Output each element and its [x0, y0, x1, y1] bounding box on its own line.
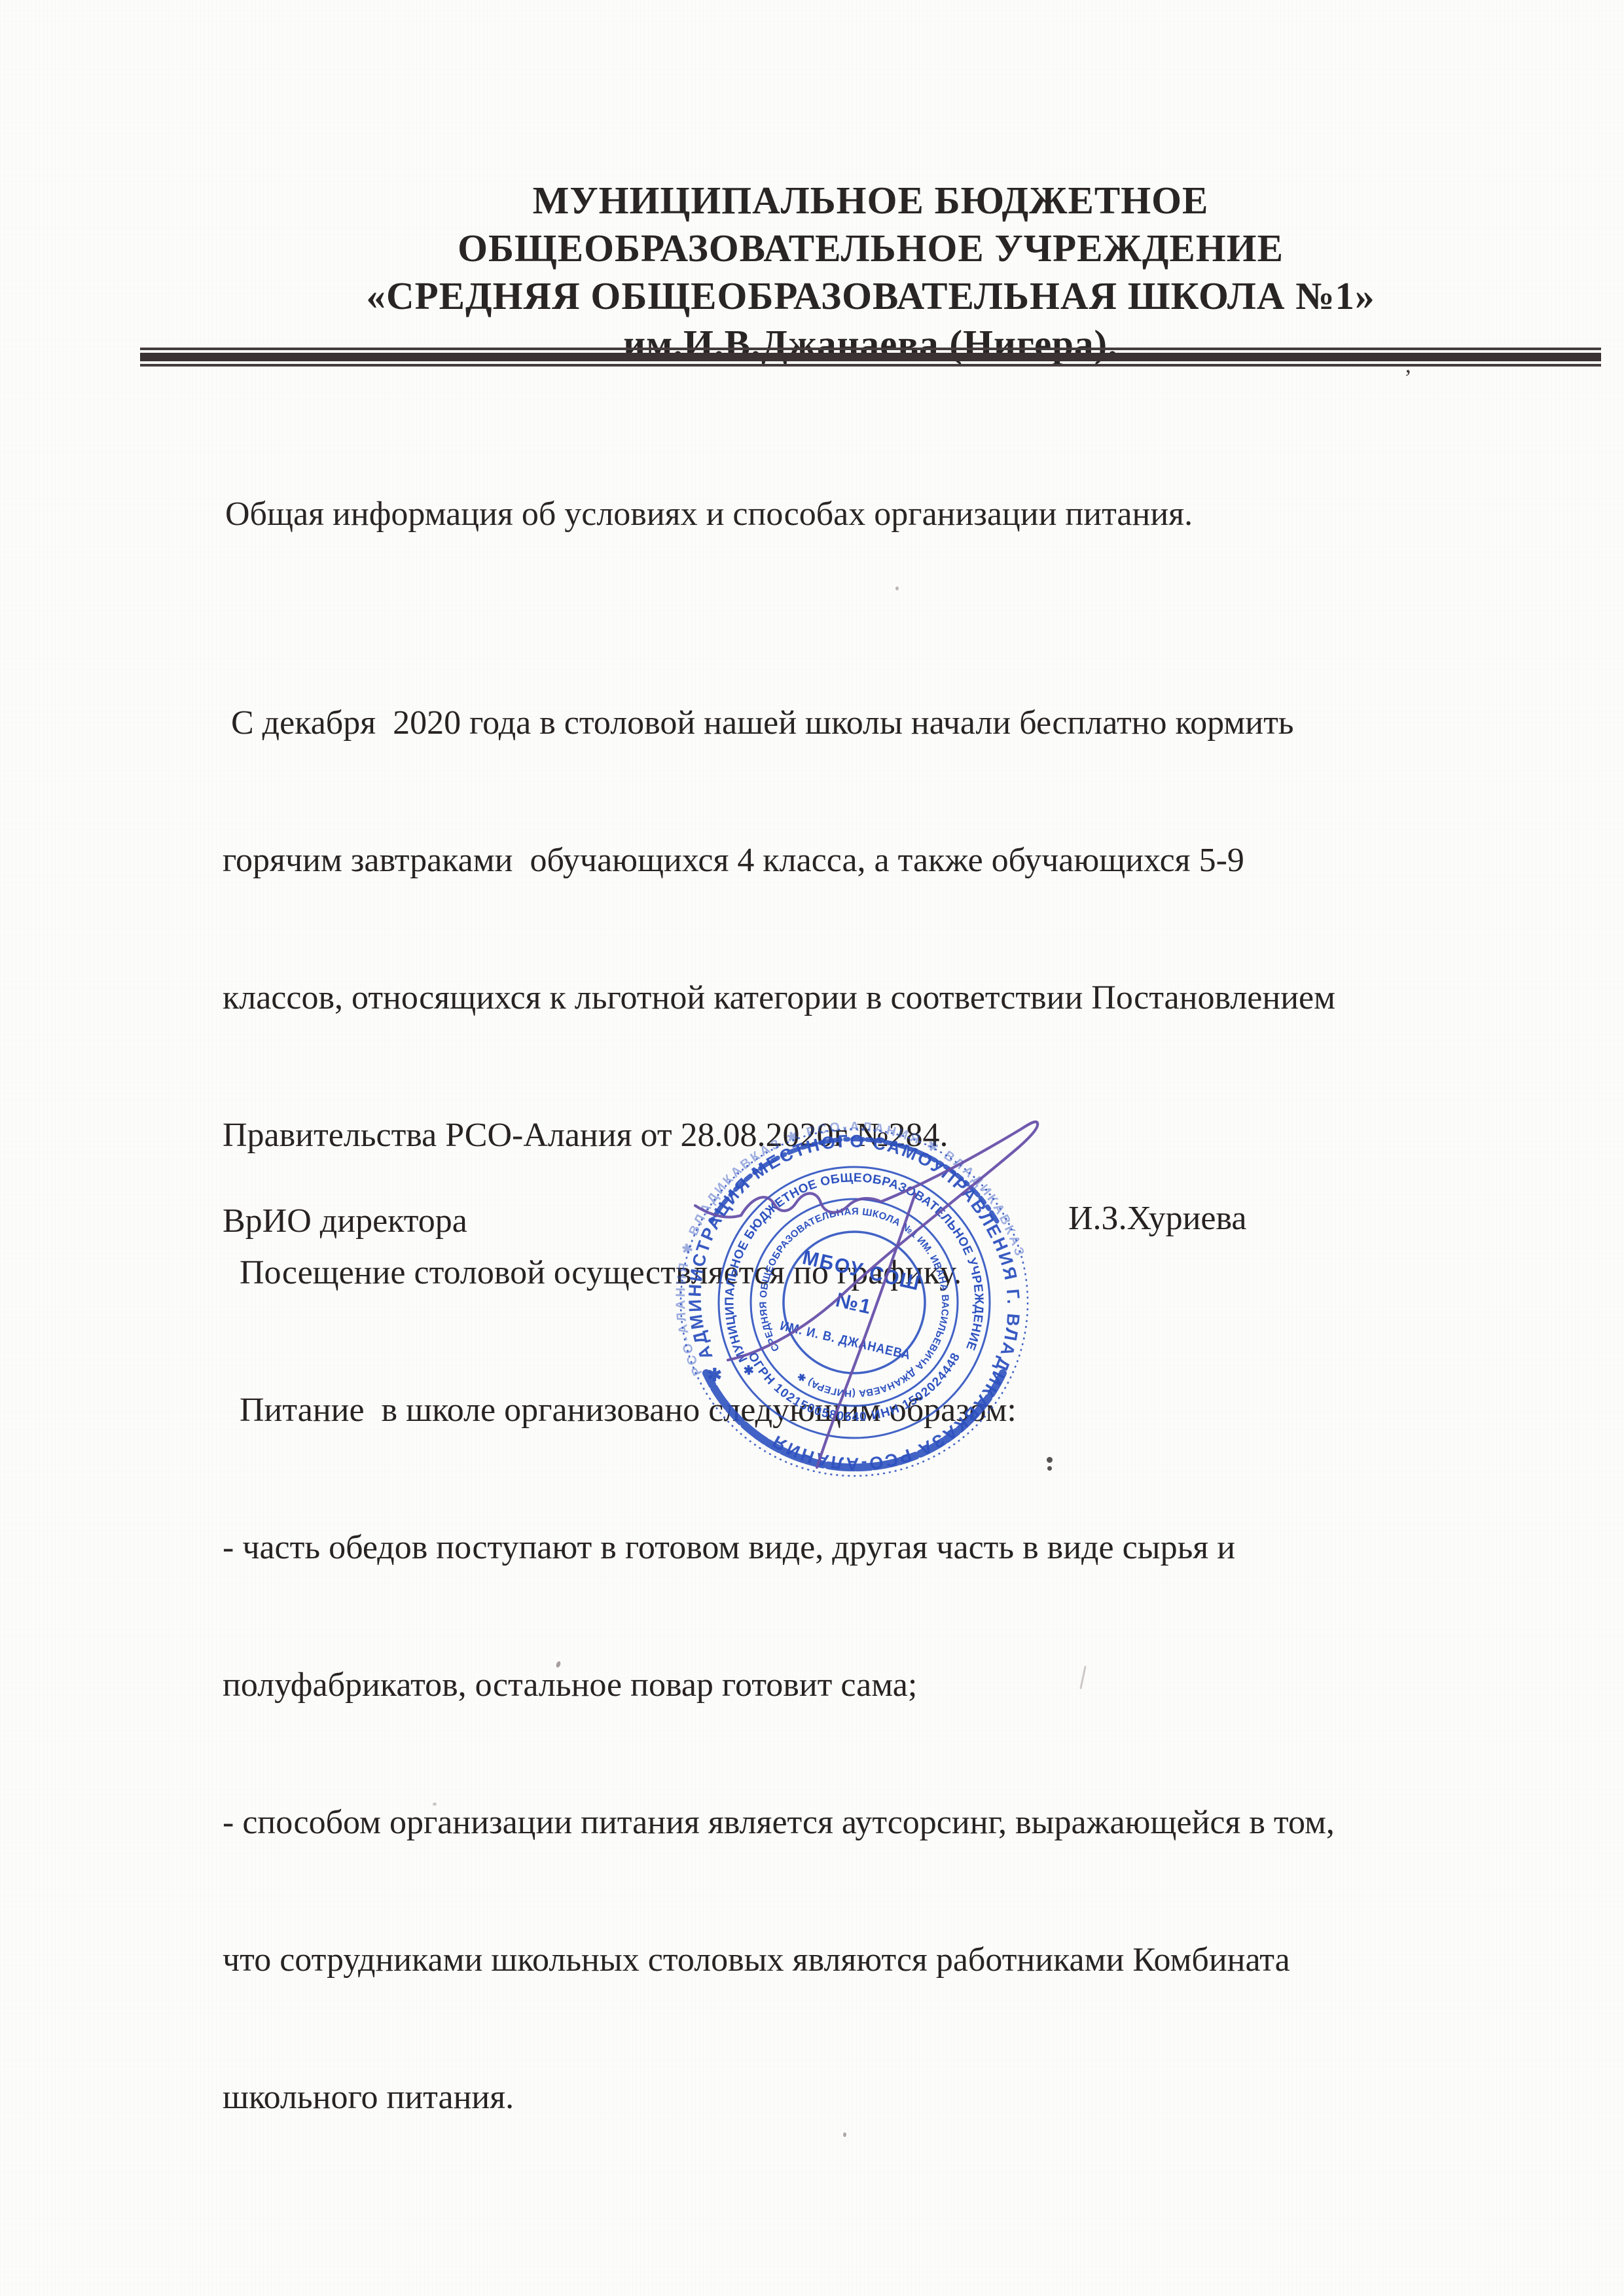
- body-line: - способом организации питания является …: [223, 1800, 1335, 1846]
- scan-stray-mark: ’: [1404, 364, 1412, 391]
- scan-speck: [843, 2132, 846, 2137]
- stamp-center-line2: №1: [834, 1288, 875, 1319]
- letterhead-line-3: «СРЕДНЯЯ ОБЩЕОБРАЗОВАТЕЛЬНАЯ ШКОЛА №1»: [118, 272, 1623, 320]
- letterhead-line-2: ОБЩЕОБРАЗОВАТЕЛЬНОЕ УЧРЕЖДЕНИЕ: [118, 224, 1623, 272]
- scan-speck: [433, 1803, 437, 1806]
- body-line: С декабря 2020 года в столовой нашей шко…: [223, 700, 1335, 746]
- official-stamp: РСО-АЛАНИЯ ✱ ВЛАДИКАВКАЗ ✱ РСО-АЛАНИЯ ✱ …: [655, 1080, 1074, 1512]
- divider-thick-line: [140, 353, 1601, 361]
- body-line: горячим завтраками обучающихся 4 класса,…: [223, 838, 1335, 884]
- letterhead-line-1: МУНИЦИПАЛЬНОЕ БЮДЖЕТНОЕ: [118, 177, 1623, 224]
- divider-thin-line: [140, 348, 1601, 350]
- body-line: классов, относящихся к льготной категори…: [223, 975, 1335, 1021]
- divider-thin-line: [140, 364, 1601, 367]
- body-line: школьного питания.: [223, 2075, 1335, 2121]
- signer-role-label: ВрИО директора: [223, 1202, 467, 1240]
- document-title: Общая информация об условиях и способах …: [225, 495, 1193, 533]
- scan-ink-mark: [1047, 1457, 1053, 1463]
- stamp-center-text: МБОУ СОШ №1 ИМ. И. В. ДЖАНАЕВА: [779, 1244, 929, 1363]
- signer-name: И.З.Хуриева: [1068, 1199, 1246, 1238]
- stamp-center-line3: ИМ. И. В. ДЖАНАЕВА: [779, 1319, 912, 1363]
- scan-speck: [895, 586, 899, 590]
- body-line: полуфабрикатов, остальное повар готовит …: [223, 1662, 1335, 1708]
- letterhead-divider: [140, 348, 1601, 367]
- body-line: что сотрудниками школьных столовых являю…: [223, 1937, 1335, 1983]
- body-line: - часть обедов поступают в готовом виде,…: [223, 1525, 1335, 1571]
- document-page: МУНИЦИПАЛЬНОЕ БЮДЖЕТНОЕ ОБЩЕОБРАЗОВАТЕЛЬ…: [0, 0, 1624, 2296]
- letterhead: МУНИЦИПАЛЬНОЕ БЮДЖЕТНОЕ ОБЩЕОБРАЗОВАТЕЛЬ…: [118, 177, 1623, 368]
